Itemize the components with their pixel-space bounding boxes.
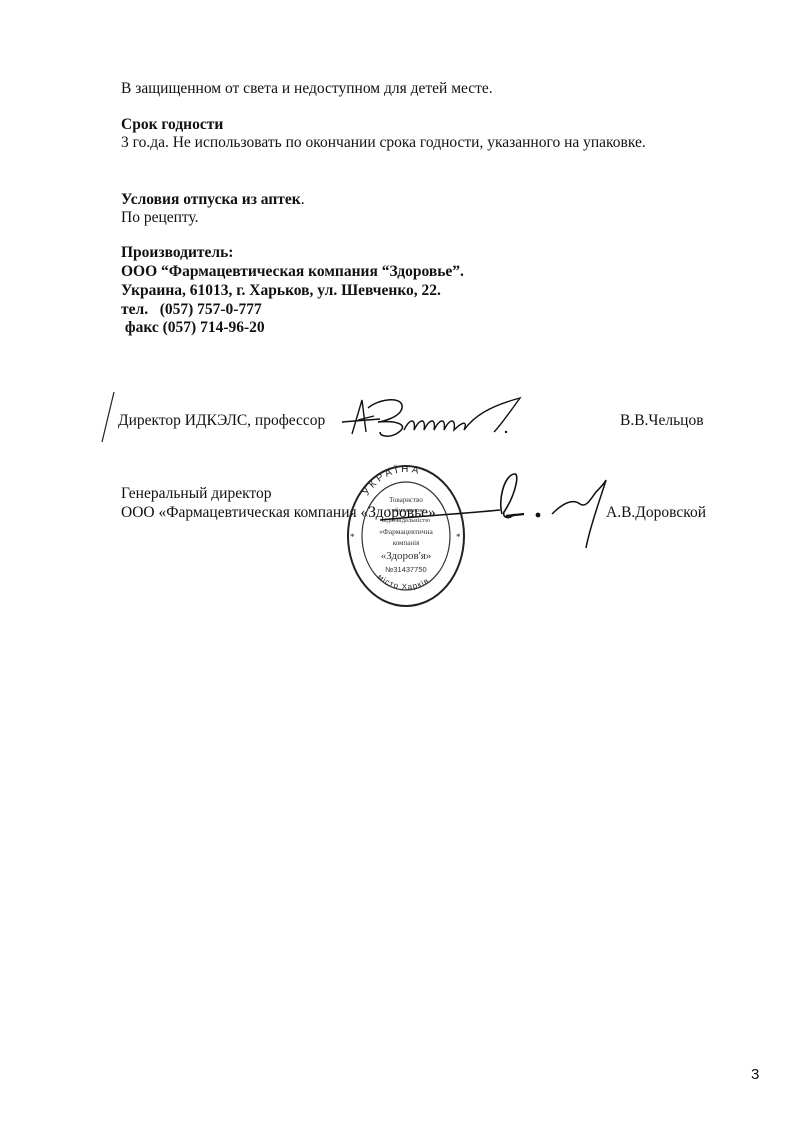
director-signature [340,392,540,442]
shelf-life-text: 3 го.да. Не использовать по окончании ср… [121,134,646,152]
stamp-line-2: з обмеженою [388,507,425,514]
shelf-life-heading: Срок годности [121,116,223,134]
manufacturer-fax: факс (057) 714-96-20 [121,319,265,337]
general-director-signature [440,470,620,550]
director-title: Директор ИДКЭЛС, профессор [118,412,325,430]
general-director-name: А.В.Доровской [606,504,706,522]
stamp-line-1: Товариство [389,496,423,504]
dispensing-heading-punct: . [301,191,305,208]
stamp-number: №31437750 [385,565,426,574]
svg-text:УКРАЇНА: УКРАЇНА [361,463,423,497]
general-director-title: Генеральный директор [121,485,272,503]
svg-text:*: * [350,532,355,542]
manufacturer-address: Украина, 61013, г. Харьков, ул. Шевченко… [121,282,441,300]
manufacturer-name: ООО “Фармацевтическая компания “Здоровье… [121,263,464,281]
dispensing-heading: Условия отпуска из аптек [121,191,301,208]
svg-text:місто Харків: місто Харків [376,572,431,591]
manufacturer-phone: тел. (057) 757-0-777 [121,301,262,319]
page-number: 3 [751,1066,759,1083]
stamp-line-5: компанія [393,539,420,547]
stamp-line-4: «Фармацевтична [379,527,433,536]
manufacturer-heading: Производитель: [121,244,233,262]
director-name: В.В.Чельцов [620,412,704,430]
storage-text: В защищенном от света и недоступном для … [121,80,493,98]
dispensing-heading-line: Условия отпуска из аптек. [121,191,305,209]
stamp-bottom-arc: місто Харків [376,572,431,591]
stamp-top-arc: УКРАЇНА [361,463,423,497]
stamp-line-6: «Здоров'я» [381,550,432,562]
dispensing-text: По рецепту. [121,209,199,227]
